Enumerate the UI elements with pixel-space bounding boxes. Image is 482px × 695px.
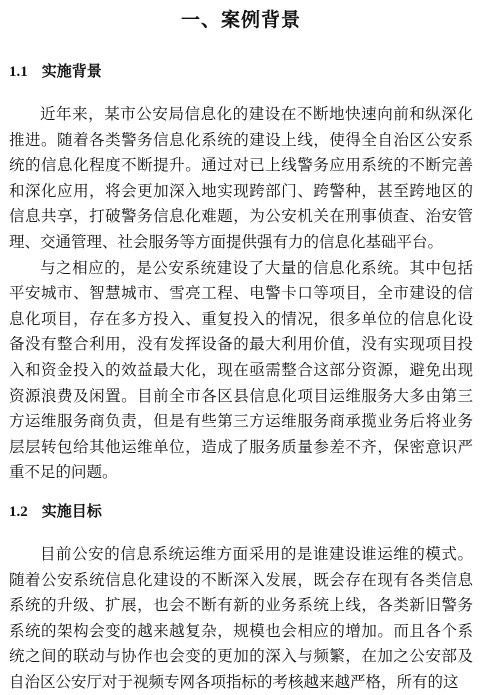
section-heading-label: 实施目标: [42, 503, 102, 520]
section-number: 1.1: [9, 64, 28, 80]
paragraph: 与之相应的，是公安系统建设了大量的信息化系统。其中包括平安城市、智慧城市、雪亮工…: [9, 256, 473, 486]
section-heading-1-2: 1.2实施目标: [9, 502, 473, 522]
page-title: 一、案例背景: [9, 8, 473, 34]
section-heading-label: 实施背景: [42, 63, 102, 80]
section-number: 1.2: [9, 504, 28, 520]
section-implementation-background: 1.1实施背景 近年来，某市公安局信息化的建设在不断地快速向前和纵深化推进。随着…: [9, 62, 473, 486]
section-heading-1-1: 1.1实施背景: [9, 62, 473, 82]
section-implementation-goals: 1.2实施目标 目前公安的信息系统运维方面采用的是谁建设谁运维的模式。随着公安系…: [9, 502, 473, 695]
document-page: 一、案例背景 1.1实施背景 近年来，某市公安局信息化的建设在不断地快速向前和纵…: [0, 0, 482, 695]
paragraph: 近年来，某市公安局信息化的建设在不断地快速向前和纵深化推进。随着各类警务信息化系…: [9, 102, 473, 256]
paragraph: 目前公安的信息系统运维方面采用的是谁建设谁运维的模式。随着公安系统信息化建设的不…: [9, 542, 473, 695]
